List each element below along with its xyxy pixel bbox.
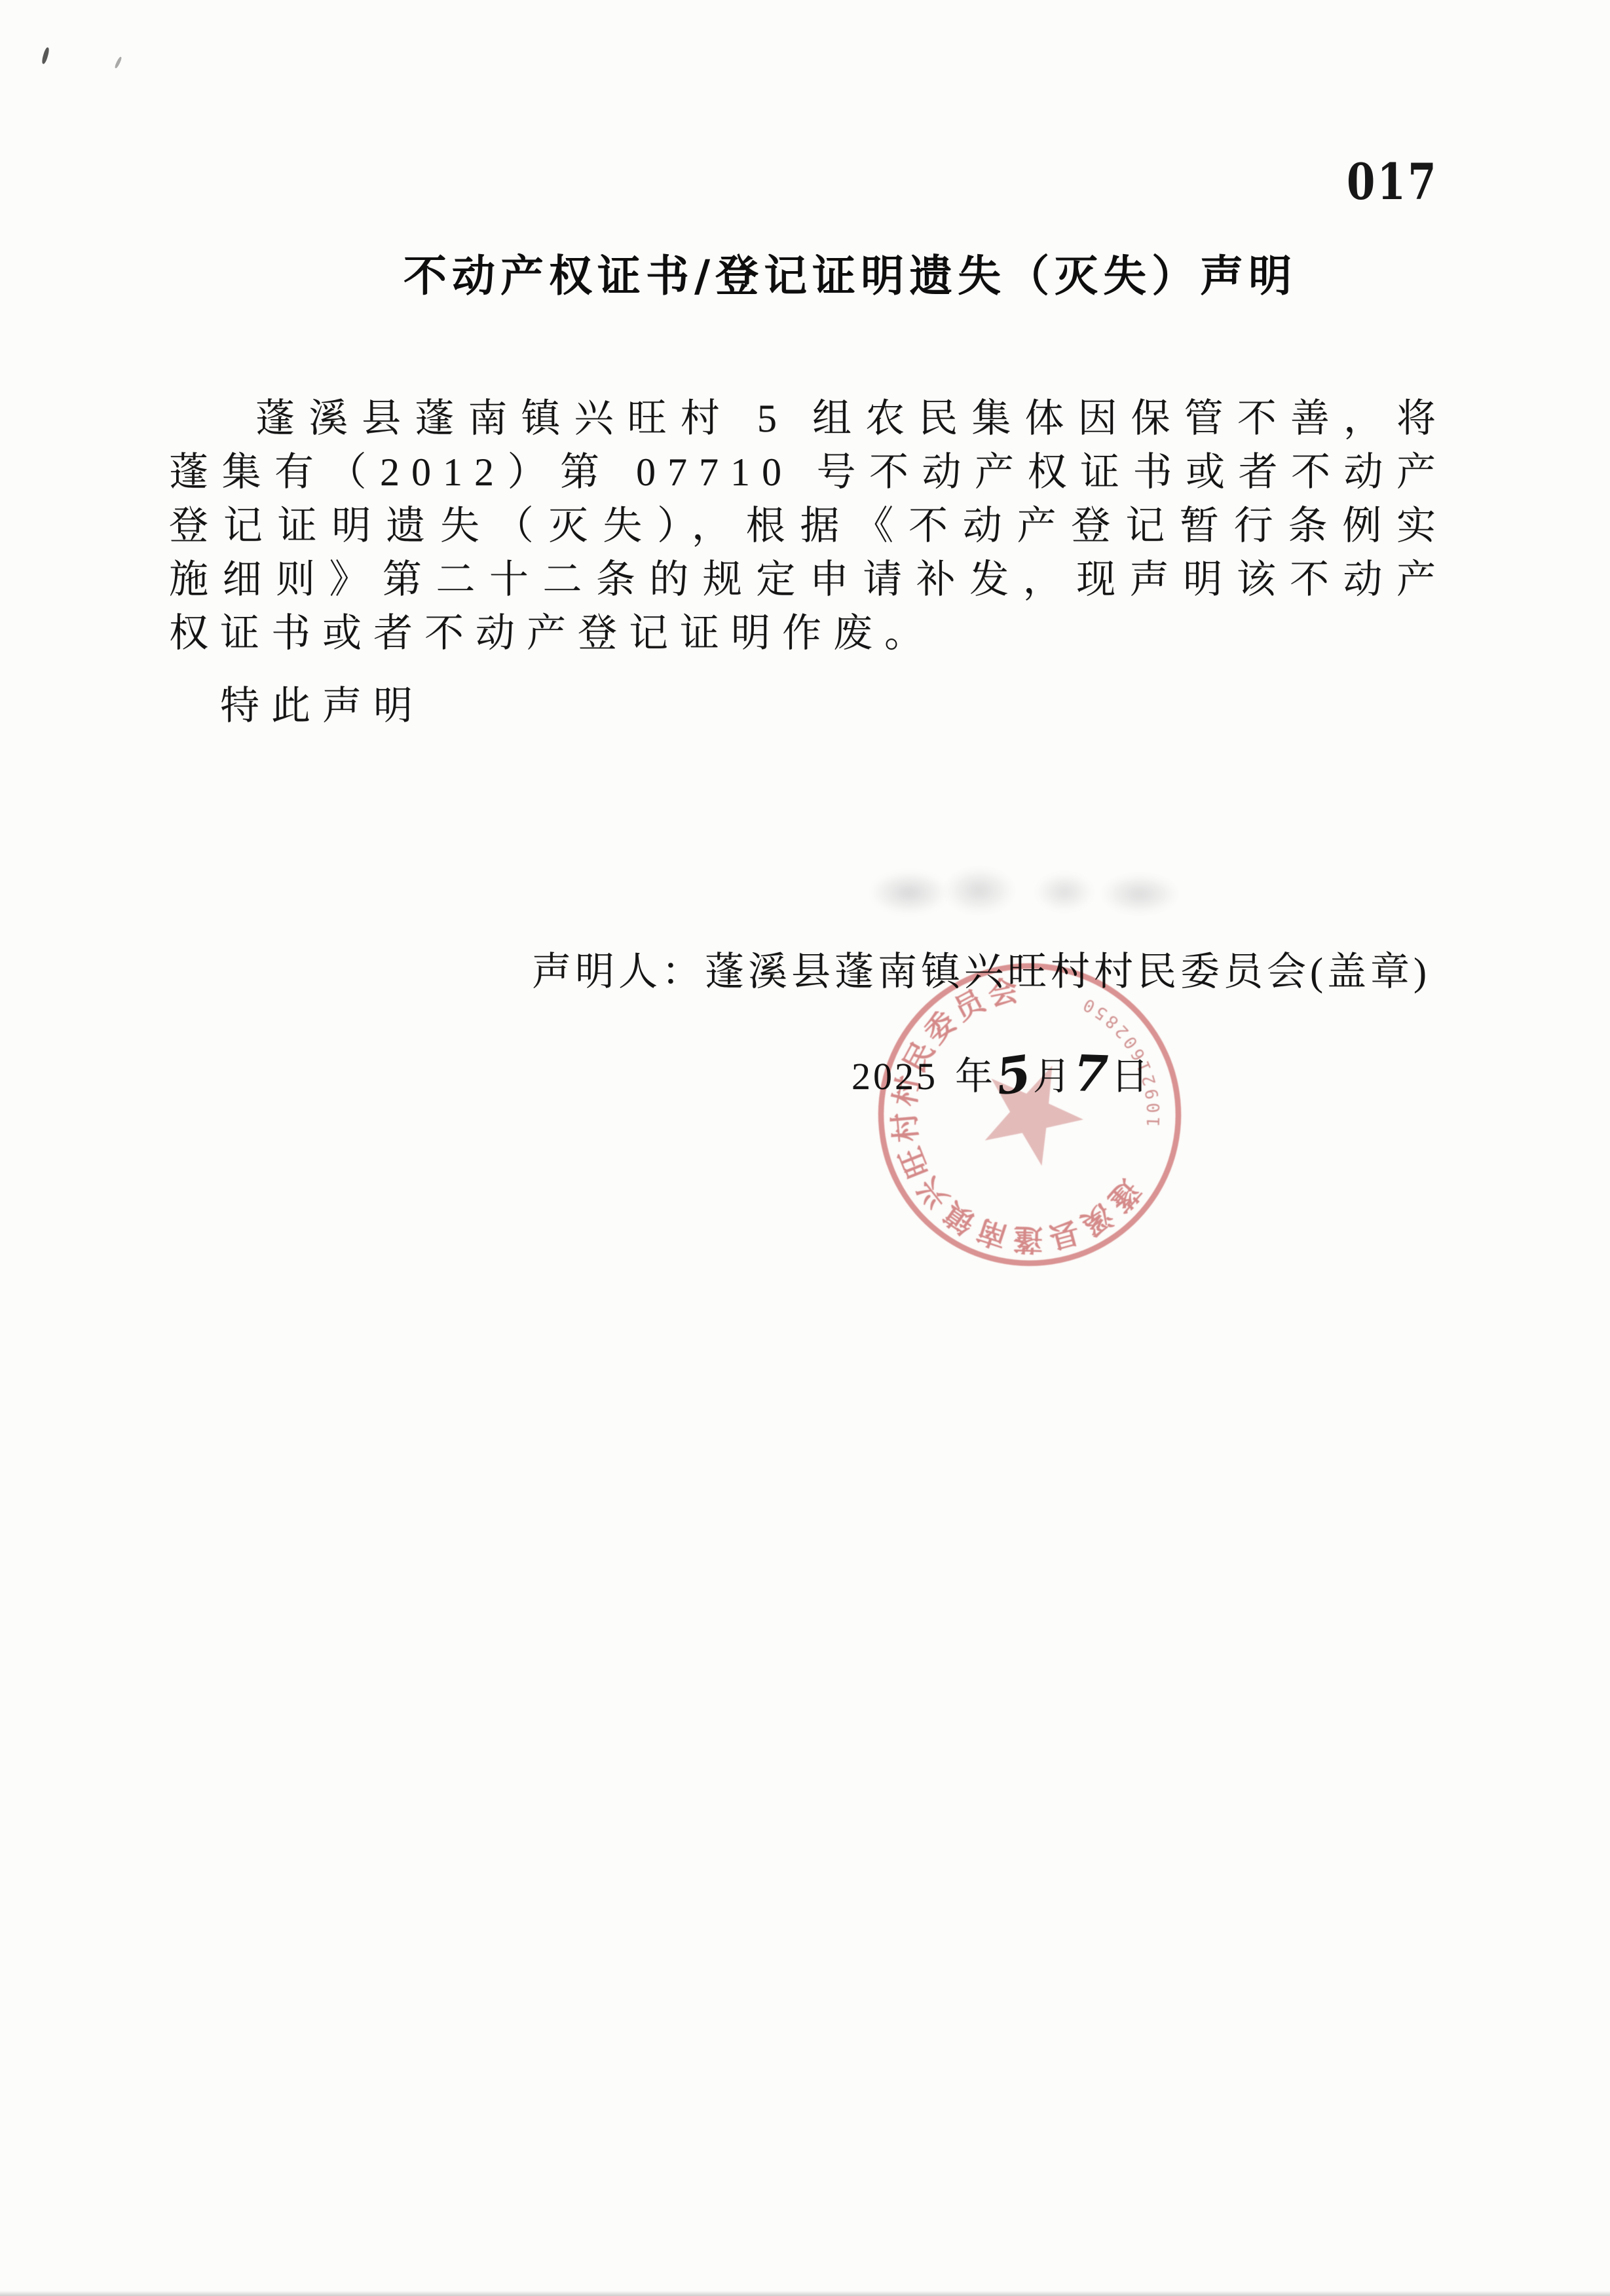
paragraph-line: 权证书或者不动产登记证明作废。 xyxy=(169,606,1448,660)
ghost-smudge xyxy=(870,871,948,914)
page-number-stamp: 017 xyxy=(1347,157,1438,207)
scanned-document-page: 017 不动产权证书/登记证明遗失（灭失）声明 蓬溪县蓬南镇兴旺村 5 组农民集… xyxy=(0,0,1610,2296)
ghost-imprint xyxy=(865,862,1192,921)
closing-statement: 特此声明 xyxy=(220,682,424,730)
paragraph-line: 登记证明遗失（灭失），根据《不动产登记暂行条例实 xyxy=(169,499,1448,553)
star-icon xyxy=(960,1049,1093,1184)
paragraph-line: 蓬溪县蓬南镇兴旺村 5 组农民集体因保管不善，将 xyxy=(169,392,1448,445)
paragraph-line: 施细则》第二十二条的规定申请补发，现声明该不动产 xyxy=(169,553,1448,606)
declaration-paragraph: 蓬溪县蓬南镇兴旺村 5 组农民集体因保管不善，将 蓬集有（2012）第 0771… xyxy=(169,392,1448,660)
scan-bottom-edge xyxy=(0,2291,1610,2296)
scan-artifact-mark xyxy=(41,47,50,65)
paragraph-line: 蓬集有（2012）第 07710 号不动产权证书或者不动产 xyxy=(169,445,1448,499)
document-title: 不动产权证书/登记证明遗失（灭失）声明 xyxy=(403,253,1297,301)
ghost-smudge xyxy=(943,867,1015,914)
ghost-smudge xyxy=(1100,874,1179,914)
scan-artifact-mark xyxy=(114,56,122,69)
